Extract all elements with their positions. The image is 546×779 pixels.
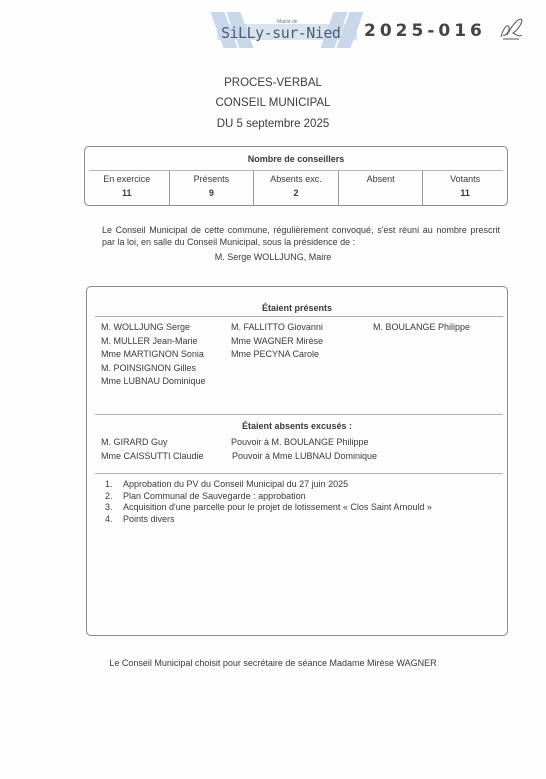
- divider: [95, 414, 503, 415]
- agenda-item: 2.Plan Communal de Sauvegarde : approbat…: [105, 491, 432, 503]
- count-present: Présents 9: [169, 171, 254, 206]
- present-member: M. POINSIGNON Gilles: [101, 362, 206, 376]
- count-table-heading: Nombre de conseillers: [89, 147, 503, 171]
- absent-heading: Étaient absents excusés :: [87, 421, 507, 431]
- president-name: M. Serge WOLLJUNG, Maire: [0, 252, 546, 262]
- agenda-item: 3.Acquisition d'une parcelle pour le pro…: [105, 502, 432, 514]
- attendance-and-agenda-box: Étaient présents M. WOLLJUNG Serge M. MU…: [86, 286, 508, 636]
- proxy-entry: Pouvoir à M. BOULANGE Philippe: [231, 435, 377, 449]
- municipality-logo: Mairie de SiLLy-sur-Nied: [217, 12, 357, 48]
- present-member: Mme MARTIGNON Sonia: [101, 348, 206, 362]
- intro-paragraph: Le Conseil Municipal de cette commune, r…: [102, 224, 500, 248]
- present-member: M. BOULANGE Philippe: [373, 321, 470, 335]
- letterhead: Mairie de SiLLy-sur-Nied 2025-016: [0, 6, 546, 54]
- present-column-2: M. FALLITTO Giovanni Mme WAGNER Mirèse M…: [231, 321, 323, 362]
- document-subtitle: CONSEIL MUNICIPAL: [0, 97, 546, 109]
- logo-town-name: SiLLy-sur-Nied: [221, 24, 340, 42]
- present-heading: Étaient présents: [87, 303, 507, 313]
- meeting-date: DU 5 septembre 2025: [0, 118, 546, 130]
- divider: [95, 316, 503, 317]
- absent-member: M. GIRARD Guy: [101, 435, 204, 449]
- agenda-item: 1.Approbation du PV du Conseil Municipal…: [105, 479, 432, 491]
- present-member: Mme WAGNER Mirèse: [231, 335, 323, 349]
- present-member: M. WOLLJUNG Serge: [101, 321, 206, 335]
- proxy-list: Pouvoir à M. BOULANGE Philippe Pouvoir à…: [231, 435, 377, 463]
- present-column-3: M. BOULANGE Philippe: [373, 321, 470, 335]
- count-in-office: En exercice 11: [85, 171, 169, 206]
- count-voters: Votants 11: [422, 171, 507, 206]
- divider: [95, 473, 503, 474]
- councillor-count-table: Nombre de conseillers En exercice 11 Pré…: [84, 146, 508, 206]
- document-number: 2025-016: [364, 21, 486, 41]
- absent-member: Mme CAISSUTTI Claudie: [101, 449, 204, 463]
- present-member: M. MULLER Jean-Marie: [101, 335, 206, 349]
- agenda-item: 4.Points divers: [105, 514, 432, 526]
- agenda-list: 1.Approbation du PV du Conseil Municipal…: [105, 479, 432, 525]
- signature-icon: [497, 15, 525, 41]
- absent-names: M. GIRARD Guy Mme CAISSUTTI Claudie: [101, 435, 204, 463]
- present-member: Mme LUBNAU Dominique: [101, 375, 206, 389]
- secretary-statement: Le Conseil Municipal choisit pour secrét…: [0, 658, 546, 668]
- count-excused: Absents exc. 2: [253, 171, 338, 206]
- present-column-1: M. WOLLJUNG Serge M. MULLER Jean-Marie M…: [101, 321, 206, 389]
- proxy-entry: Pouvoir à Mme LUBNAU Dominique: [231, 449, 377, 463]
- document-title: PROCES-VERBAL: [0, 77, 546, 89]
- present-member: Mme PECYNA Carole: [231, 348, 323, 362]
- present-member: M. FALLITTO Giovanni: [231, 321, 323, 335]
- count-absent: Absent: [338, 171, 423, 206]
